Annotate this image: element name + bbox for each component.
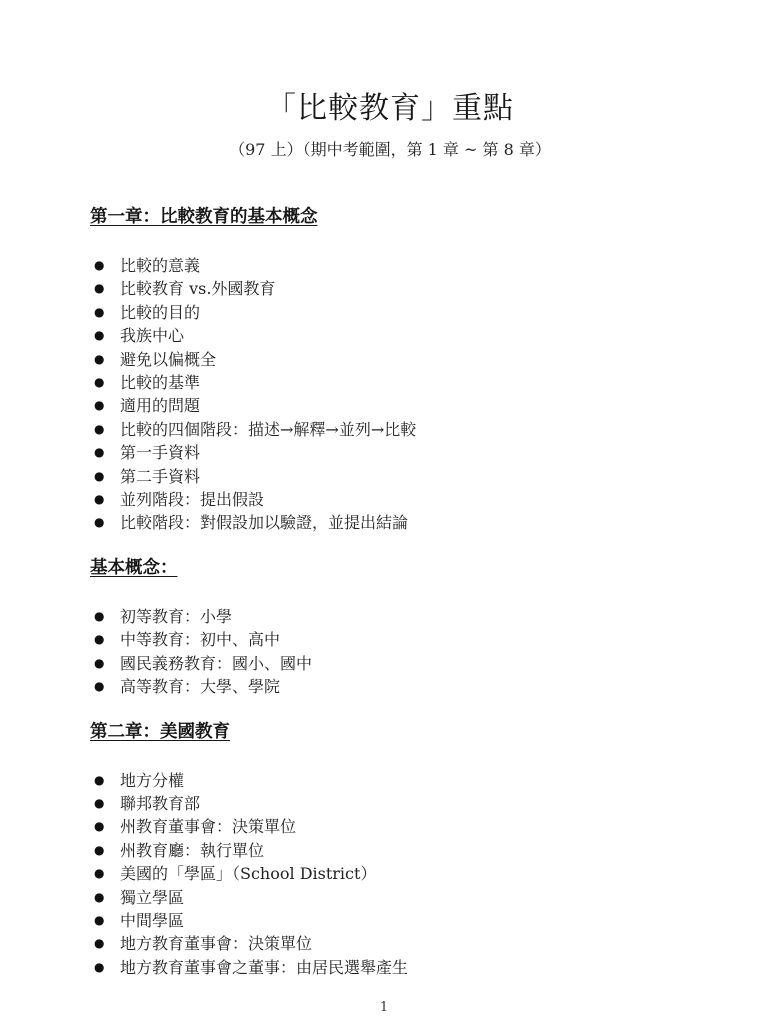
bullet-icon: ● (94, 961, 104, 973)
list-item-text: 州教育廳：執行單位 (120, 841, 264, 860)
bullet-icon: ● (94, 282, 104, 294)
list-item-text: 並列階段：提出假設 (120, 490, 264, 509)
bullet-icon: ● (94, 306, 104, 318)
list-item-text: 避免以偏概全 (120, 350, 216, 369)
document-subtitle: （97 上）（期中考範圍，第 1 章 ~ 第 8 章） (90, 139, 690, 161)
list-item-text: 比較的意義 (120, 256, 200, 275)
list-item: ●避免以偏概全 (90, 348, 690, 371)
bullet-icon: ● (94, 423, 104, 435)
list-item: ●比較的基準 (90, 371, 690, 394)
list-item: ●我族中心 (90, 324, 690, 347)
list-item-text: 比較教育 vs.外國教育 (120, 279, 275, 298)
document-title: 「比較教育」重點 (90, 0, 690, 126)
list-item: ●國民義務教育：國小、國中 (90, 652, 690, 675)
bullet-icon: ● (94, 610, 104, 622)
bullet-icon: ● (94, 633, 104, 645)
bullet-icon: ● (94, 867, 104, 879)
list-item: ●適用的問題 (90, 394, 690, 417)
list-item: ●地方分權 (90, 769, 690, 792)
list-item-text: 第一手資料 (120, 443, 200, 462)
list-item: ●地方教育董事會：決策單位 (90, 932, 690, 955)
bullet-list: ●比較的意義●比較教育 vs.外國教育●比較的目的●我族中心●避免以偏概全●比較… (90, 254, 690, 535)
bullet-icon: ● (94, 446, 104, 458)
list-item-text: 比較的四個階段：描述→解釋→並列→比較 (120, 420, 416, 439)
section: 基本概念：●初等教育：小學●中等教育：初中、高中●國民義務教育：國小、國中●高等… (90, 557, 690, 699)
list-item-text: 地方分權 (120, 771, 184, 790)
list-item-text: 高等教育：大學、學院 (120, 677, 280, 696)
section-heading: 第二章：美國教育 (90, 721, 690, 744)
bullet-icon: ● (94, 937, 104, 949)
list-item: ●第一手資料 (90, 441, 690, 464)
list-item-text: 我族中心 (120, 326, 184, 345)
bullet-list: ●初等教育：小學●中等教育：初中、高中●國民義務教育：國小、國中●高等教育：大學… (90, 605, 690, 699)
section-heading: 第一章：比較教育的基本概念 (90, 206, 690, 229)
list-item: ●比較的四個階段：描述→解釋→並列→比較 (90, 418, 690, 441)
list-item-text: 比較的目的 (120, 303, 200, 322)
bullet-icon: ● (94, 797, 104, 809)
list-item: ●比較教育 vs.外國教育 (90, 277, 690, 300)
list-item-text: 適用的問題 (120, 396, 200, 415)
list-item-text: 中等教育：初中、高中 (120, 630, 280, 649)
document-sections: 第一章：比較教育的基本概念●比較的意義●比較教育 vs.外國教育●比較的目的●我… (90, 206, 690, 979)
list-item: ●第二手資料 (90, 465, 690, 488)
list-item: ●中等教育：初中、高中 (90, 628, 690, 651)
page-number: 1 (0, 1000, 768, 1015)
list-item: ●比較的意義 (90, 254, 690, 277)
bullet-icon: ● (94, 914, 104, 926)
bullet-icon: ● (94, 493, 104, 505)
list-item: ●比較階段：對假設加以驗證，並提出結論 (90, 511, 690, 534)
list-item-text: 國民義務教育：國小、國中 (120, 654, 312, 673)
list-item-text: 地方教育董事會：決策單位 (120, 934, 312, 953)
list-item: ●比較的目的 (90, 301, 690, 324)
bullet-icon: ● (94, 657, 104, 669)
bullet-list: ●地方分權●聯邦教育部●州教育董事會：決策單位●州教育廳：執行單位●美國的「學區… (90, 769, 690, 980)
bullet-icon: ● (94, 844, 104, 856)
list-item-text: 州教育董事會：決策單位 (120, 817, 296, 836)
bullet-icon: ● (94, 329, 104, 341)
list-item-text: 獨立學區 (120, 888, 184, 907)
list-item-text: 地方教育董事會之董事：由居民選舉產生 (120, 958, 408, 977)
list-item: ●地方教育董事會之董事：由居民選舉產生 (90, 956, 690, 979)
document-content: 「比較教育」重點 （97 上）（期中考範圍，第 1 章 ~ 第 8 章） 第一章… (0, 0, 768, 979)
document-page: 「比較教育」重點 （97 上）（期中考範圍，第 1 章 ~ 第 8 章） 第一章… (0, 0, 768, 1024)
bullet-icon: ● (94, 516, 104, 528)
list-item: ●州教育廳：執行單位 (90, 839, 690, 862)
list-item-text: 中間學區 (120, 911, 184, 930)
list-item: ●高等教育：大學、學院 (90, 675, 690, 698)
section: 第二章：美國教育●地方分權●聯邦教育部●州教育董事會：決策單位●州教育廳：執行單… (90, 721, 690, 980)
list-item: ●並列階段：提出假設 (90, 488, 690, 511)
list-item-text: 美國的「學區」（School District） (120, 864, 376, 883)
list-item-text: 比較階段：對假設加以驗證，並提出結論 (120, 513, 408, 532)
bullet-icon: ● (94, 259, 104, 271)
bullet-icon: ● (94, 680, 104, 692)
bullet-icon: ● (94, 470, 104, 482)
list-item: ●獨立學區 (90, 886, 690, 909)
list-item: ●州教育董事會：決策單位 (90, 815, 690, 838)
bullet-icon: ● (94, 353, 104, 365)
bullet-icon: ● (94, 376, 104, 388)
section-heading: 基本概念： (90, 557, 690, 580)
section: 第一章：比較教育的基本概念●比較的意義●比較教育 vs.外國教育●比較的目的●我… (90, 206, 690, 535)
list-item: ●美國的「學區」（School District） (90, 862, 690, 885)
bullet-icon: ● (94, 399, 104, 411)
bullet-icon: ● (94, 820, 104, 832)
bullet-icon: ● (94, 774, 104, 786)
list-item: ●聯邦教育部 (90, 792, 690, 815)
list-item-text: 初等教育：小學 (120, 607, 232, 626)
list-item: ●中間學區 (90, 909, 690, 932)
list-item-text: 聯邦教育部 (120, 794, 200, 813)
list-item-text: 比較的基準 (120, 373, 200, 392)
bullet-icon: ● (94, 891, 104, 903)
list-item-text: 第二手資料 (120, 467, 200, 486)
list-item: ●初等教育：小學 (90, 605, 690, 628)
